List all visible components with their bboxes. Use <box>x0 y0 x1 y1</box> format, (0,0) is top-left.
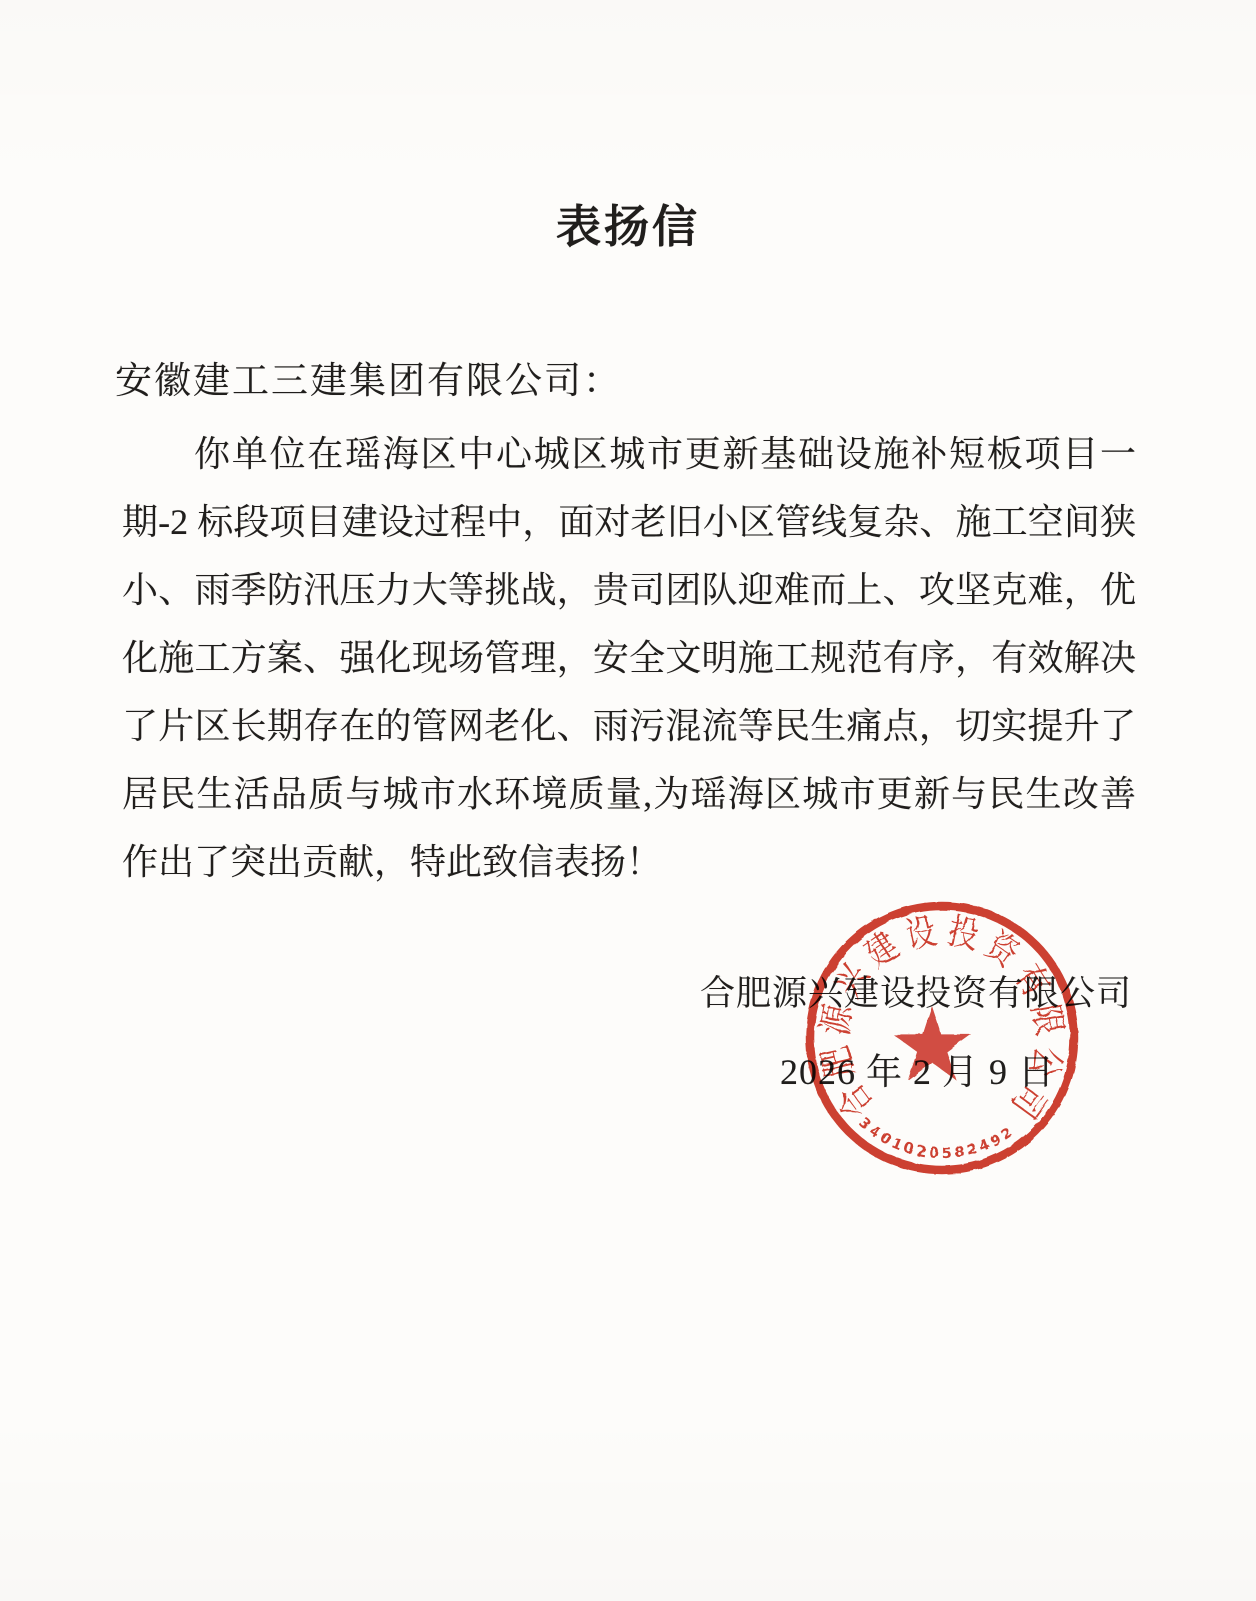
body-line-1: 你单位在瑶海区中心城区城市更新基础设施补短板项目一 <box>122 420 1136 488</box>
seal-code-digit: 0 <box>928 1145 939 1162</box>
body-line-3: 小、雨季防汛压力大等挑战，贵司团队迎难而上、攻坚克难，优 <box>122 556 1136 624</box>
body-line-6: 居民生活品质与城市水环境质量,为瑶海区城市更新与民生改善 <box>122 760 1136 828</box>
official-company-seal: 合肥源兴建设投资有限公司3401020582492 <box>800 896 1084 1180</box>
seal-ring-char: 肥 <box>816 1043 862 1081</box>
body-line-4: 化施工方案、强化现场管理，安全文明施工规范有序，有效解决 <box>122 624 1136 692</box>
seal-ring-char: 投 <box>944 911 981 957</box>
recipient-salutation: 安徽建工三建集团有限公司： <box>115 350 622 404</box>
seal-code-digit: 2 <box>915 1143 928 1161</box>
seal-ring-char: 限 <box>1024 1002 1069 1038</box>
body-line-5: 了片区长期存在的管网老化、雨污混流等民生痛点，切实提升了 <box>122 692 1136 760</box>
seal-code-digit: 5 <box>941 1146 952 1162</box>
seal-ring-char: 设 <box>902 911 939 957</box>
body-line-7: 作出了突出贡献，特此致信表扬！ <box>122 828 1136 896</box>
body-line-2: 期-2 标段项目建设过程中，面对老旧小区管线复杂、施工空间狭 <box>122 488 1136 556</box>
seal-ring-char: 公 <box>1022 1043 1068 1081</box>
letter-body: 你单位在瑶海区中心城区城市更新基础设施补短板项目一期-2 标段项目建设过程中，面… <box>122 420 1136 896</box>
seal-ring-char: 源 <box>815 1001 860 1038</box>
letter-title: 表扬信 <box>0 190 1256 255</box>
seal-star-icon <box>893 1006 971 1080</box>
seal-code-digit: 0 <box>902 1140 916 1158</box>
seal-code-digit: 8 <box>953 1144 965 1161</box>
commendation-letter-document: 表扬信 安徽建工三建集团有限公司： 你单位在瑶海区中心城区城市更新基础设施补短板… <box>0 0 1256 1601</box>
